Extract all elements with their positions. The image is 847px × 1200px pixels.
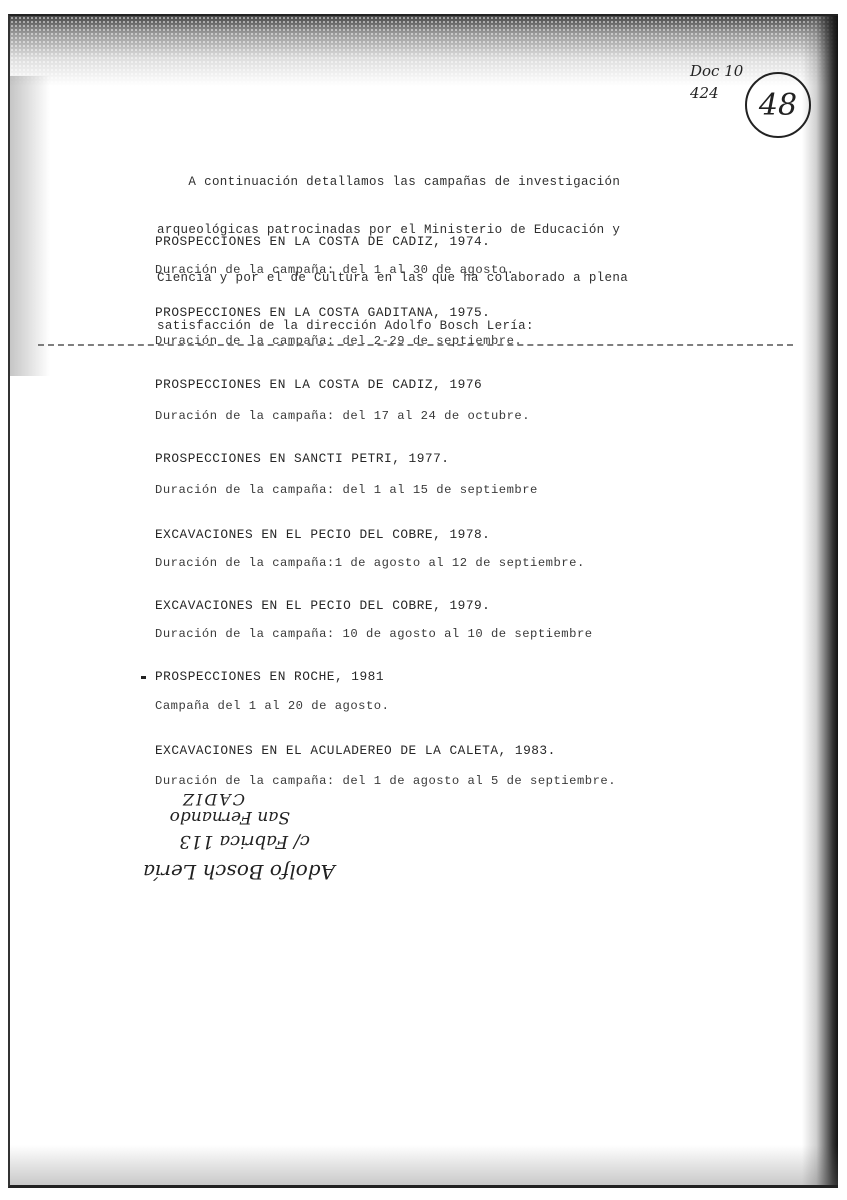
signature-city: San Fernando: [105, 807, 290, 827]
campaign-title: PROSPECCIONES EN LA COSTA GADITANA, 1975…: [155, 305, 490, 320]
campaign-duration: Duración de la campaña: del 2-29 de sept…: [155, 334, 522, 348]
campaign-title: EXCAVACIONES EN EL ACULADEREO DE LA CALE…: [155, 743, 556, 758]
intro-line: satisfacción de la dirección Adolfo Bosc…: [157, 318, 697, 334]
campaign-duration: Duración de la campaña: del 1 al 30 de a…: [155, 263, 514, 277]
campaign-duration: Campaña del 1 al 20 de agosto.: [155, 699, 389, 713]
signature-street: c/ Fabrica 113: [105, 831, 310, 852]
campaign-title: PROSPECCIONES EN LA COSTA DE CADIZ, 1974…: [155, 234, 490, 249]
stray-mark: [141, 676, 146, 679]
campaign-title: PROSPECCIONES EN SANCTI PETRI, 1977.: [155, 451, 449, 466]
campaign-duration: Duración de la campaña: del 1 al 15 de s…: [155, 483, 538, 497]
campaign-title: PROSPECCIONES EN ROCHE, 1981: [155, 669, 384, 684]
intro-line: A continuación detallamos las campañas d…: [157, 174, 697, 190]
campaign-duration: Duración de la campaña: del 1 de agosto …: [155, 774, 616, 788]
doc-ref-number: 424: [690, 82, 743, 104]
page-number: 48: [759, 88, 797, 123]
scan-shadow-right: [802, 16, 838, 1185]
handwritten-signature-block: Adolfo Bosch Lería c/ Fabrica 113 San Fe…: [105, 790, 405, 890]
campaign-duration: Duración de la campaña:1 de agosto al 12…: [155, 556, 585, 570]
scan-shadow-bottom: [10, 1145, 838, 1185]
campaign-title: PROSPECCIONES EN LA COSTA DE CADIZ, 1976: [155, 377, 482, 392]
campaign-duration: Duración de la campaña: 10 de agosto al …: [155, 627, 593, 641]
campaign-title: EXCAVACIONES EN EL PECIO DEL COBRE, 1978…: [155, 527, 490, 542]
handwritten-doc-reference: Doc 10 424: [690, 60, 743, 104]
campaign-title: EXCAVACIONES EN EL PECIO DEL COBRE, 1979…: [155, 598, 490, 613]
doc-ref-line: Doc 10: [690, 60, 743, 82]
signature-name: Adolfo Bosch Lería: [105, 860, 335, 884]
campaign-duration: Duración de la campaña: del 17 al 24 de …: [155, 409, 530, 423]
scan-shadow-left: [10, 76, 50, 376]
circled-page-number: 48: [745, 72, 811, 138]
